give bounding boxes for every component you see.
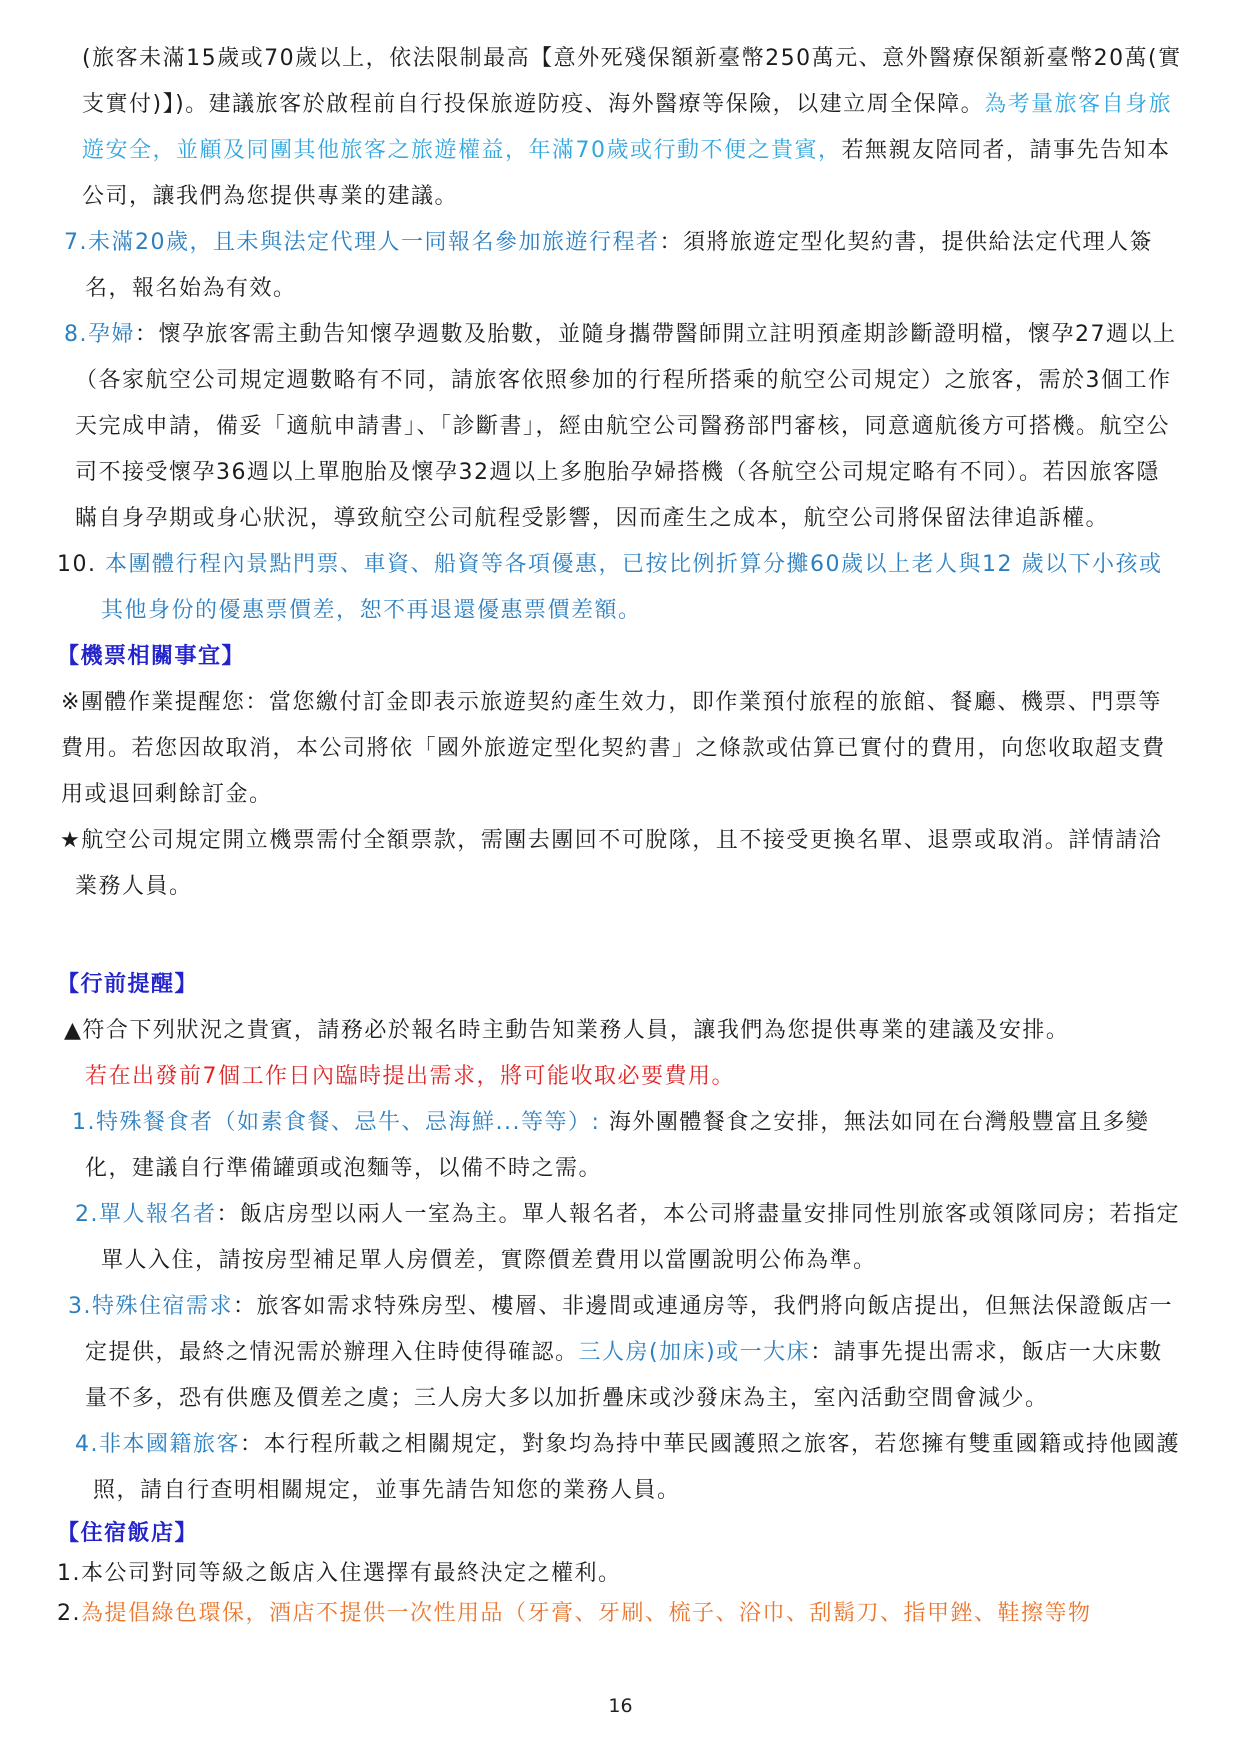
reminder-item-4-foreign-nationals: 4.非本國籍旅客：本行程所載之相關規定，對象均為持中華民國護照之旅客，若您擁有雙… bbox=[57, 1422, 1183, 1514]
reminder-item-3-label2: 三人房(加床)或一大床 bbox=[579, 1340, 811, 1365]
item-10-discounts: 10. 本團體行程內景點門票、車資、船資等各項優惠，已按比例折算分攤60歲以上老… bbox=[57, 542, 1183, 634]
ticket-star-note: ★航空公司規定開立機票需付全額票款，需團去團回不可脫隊，且不接受更換名單、退票或… bbox=[57, 818, 1183, 910]
hotel-section: 【住宿飯店】 1.本公司對同等級之飯店入住選擇有最終決定之權利。 2.為提倡綠色… bbox=[57, 1514, 1183, 1634]
item-8-label: 8.孕婦 bbox=[64, 322, 135, 347]
hotel-item-2-number: 2. bbox=[57, 1601, 81, 1626]
document-page: (旅客未滿15歲或70歲以上，依法限制最高【意外死殘保額新臺幣250萬元、意外醫… bbox=[0, 0, 1241, 1755]
reminder-item-3-special-rooms: 3.特殊住宿需求：旅客如需求特殊房型、樓層、非邊間或連通房等，我們將向飯店提出，… bbox=[57, 1284, 1183, 1422]
reminder-intro: ▲符合下列狀況之貴賓，請務必於報名時主動告知業務人員，讓我們為您提供專業的建議及… bbox=[57, 1008, 1183, 1054]
reminder-item-4-body: ：本行程所載之相關規定，對象均為持中華民國護照之旅客，若您擁有雙重國籍或持他國護… bbox=[93, 1432, 1180, 1503]
insurance-paragraph: (旅客未滿15歲或70歲以上，依法限制最高【意外死殘保額新臺幣250萬元、意外醫… bbox=[57, 36, 1183, 220]
item-10-number: 10. bbox=[57, 552, 105, 577]
item-8-pregnant: 8.孕婦：懷孕旅客需主動告知懷孕週數及胎數，並隨身攜帶醫師開立註明預產期診斷證明… bbox=[57, 312, 1183, 542]
ticket-deposit-note: ※團體作業提醒您：當您繳付訂金即表示旅遊契約產生效力，即作業預付旅程的旅館、餐廳… bbox=[57, 680, 1183, 818]
section-heading-ticket: 【機票相關事宜】 bbox=[57, 634, 1183, 680]
hotel-item-1: 1.本公司對同等級之飯店入住選擇有最終決定之權利。 bbox=[57, 1554, 1183, 1594]
reminder-item-2-single-traveler: 2.單人報名者：飯店房型以兩人一室為主。單人報名者，本公司將盡量安排同性別旅客或… bbox=[57, 1192, 1183, 1284]
page-number: 16 bbox=[0, 1683, 1241, 1729]
section-heading-reminder: 【行前提醒】 bbox=[57, 962, 1183, 1008]
hotel-item-2: 2.為提倡綠色環保，酒店不提供一次性用品（牙膏、牙刷、梳子、浴巾、刮鬍刀、指甲銼… bbox=[57, 1594, 1183, 1634]
item-8-body: ：懷孕旅客需主動告知懷孕週數及胎數，並隨身攜帶醫師開立註明預產期診斷證明檔，懷孕… bbox=[75, 322, 1177, 531]
reminder-warning: 若在出發前7個工作日內臨時提出需求，將可能收取必要費用。 bbox=[57, 1054, 1183, 1100]
item-7-minors: 7.未滿20歲，且未與法定代理人一同報名參加旅遊行程者：須將旅遊定型化契約書，提… bbox=[57, 220, 1183, 312]
reminder-item-1-special-meals: 1.特殊餐食者（如素食餐、忌牛、忌海鮮...等等）: 海外團體餐食之安排，無法如… bbox=[57, 1100, 1183, 1192]
reminder-item-2-body: ：飯店房型以兩人一室為主。單人報名者，本公司將盡量安排同性別旅客或領隊同房；若指… bbox=[101, 1202, 1180, 1273]
reminder-item-4-label: 4.非本國籍旅客 bbox=[75, 1432, 240, 1457]
reminder-item-1-label: 1.特殊餐食者（如素食餐、忌牛、忌海鮮...等等）: bbox=[72, 1110, 600, 1135]
reminder-item-3-label: 3.特殊住宿需求 bbox=[68, 1294, 233, 1319]
item-7-label: 7.未滿20歲，且未與法定代理人一同報名參加旅遊行程者 bbox=[64, 230, 660, 255]
section-heading-hotel: 【住宿飯店】 bbox=[57, 1514, 1183, 1554]
reminder-item-2-label: 2.單人報名者 bbox=[75, 1202, 217, 1227]
item-10-body: 本團體行程內景點門票、車資、船資等各項優惠，已按比例折算分攤60歲以上老人與12… bbox=[101, 552, 1162, 623]
hotel-item-2-body: 為提倡綠色環保，酒店不提供一次性用品（牙膏、牙刷、梳子、浴巾、刮鬍刀、指甲銼、鞋… bbox=[81, 1601, 1092, 1626]
